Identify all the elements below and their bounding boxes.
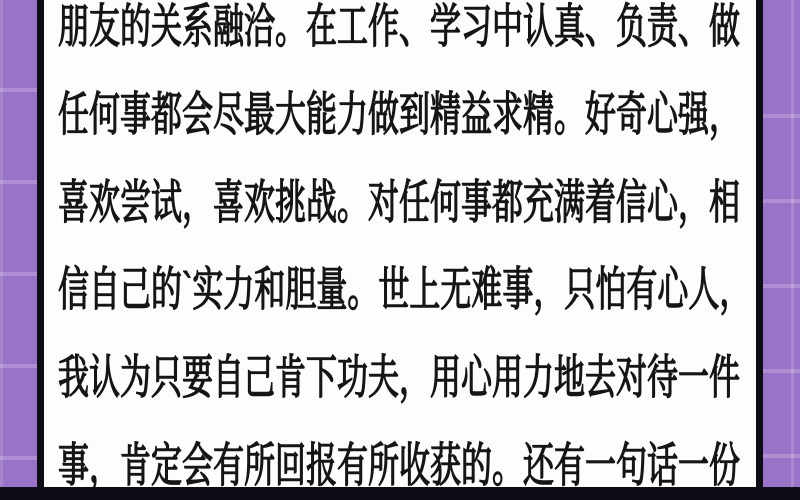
left-border-panel — [0, 0, 37, 500]
left-divider-line — [37, 0, 44, 500]
text-page: 朋友的关系融洽。在工作、学习中认真、负责、做 任何事都会尽最大能力做到精益求精。… — [44, 0, 756, 500]
bottom-bar — [0, 487, 800, 500]
text-line: 任何事都会尽最大能力做到精益求精。好奇心强， — [58, 91, 740, 138]
text-line: 事，肯定会有所回报有所收获的。还有一句话一份 — [58, 442, 740, 489]
text-line: 朋友的关系融洽。在工作、学习中认真、负责、做 — [58, 3, 740, 50]
right-divider-line — [756, 0, 763, 500]
right-border-panel — [763, 0, 800, 500]
text-line: 我认为只要自己肯下功夫，用心用力地去对待一件 — [58, 354, 740, 401]
video-frame: 朋友的关系融洽。在工作、学习中认真、负责、做 任何事都会尽最大能力做到精益求精。… — [0, 0, 800, 500]
text-line: 喜欢尝试，喜欢挑战。对任何事都充满着信心，相 — [58, 179, 740, 226]
text-line: 信自己的`实力和胆量。世上无难事，只怕有心人， — [58, 266, 750, 313]
